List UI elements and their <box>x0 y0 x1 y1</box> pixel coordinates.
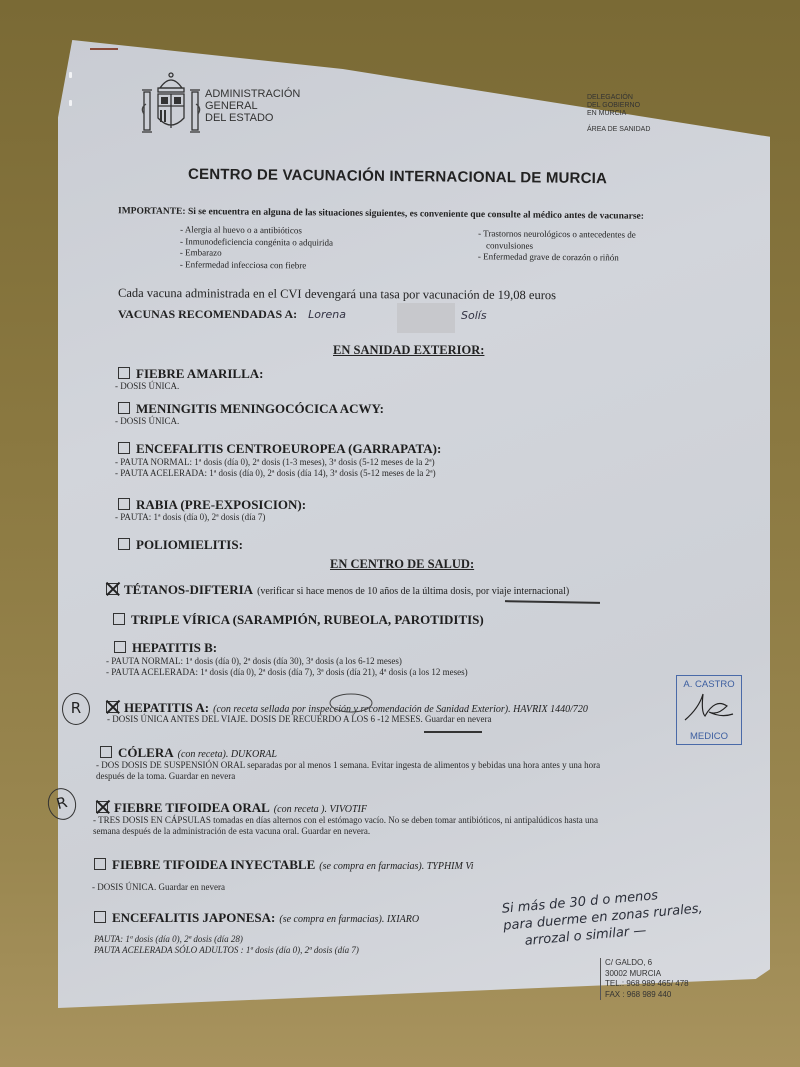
pen-circle-mark <box>328 692 374 714</box>
checked-box-icon[interactable] <box>106 583 118 595</box>
vaccine-item: POLIOMIELITIS: <box>118 537 243 553</box>
vaccine-note: (se compra en farmacias). IXIARO <box>279 914 419 925</box>
coat-of-arms-icon <box>138 70 204 138</box>
vaccine-item: FIEBRE TIFOIDEA INYECTABLE(se compra en … <box>94 857 474 873</box>
checkbox-icon[interactable] <box>94 911 106 923</box>
administration-header: ADMINISTRACIÓN GENERAL DEL ESTADO <box>205 88 300 124</box>
vaccine-name: ENCEFALITIS JAPONESA: <box>112 910 275 925</box>
vaccine-item: ENCEFALITIS CENTROEUROPEA (GARRAPATA): <box>118 441 441 457</box>
checkbox-icon[interactable] <box>100 746 112 758</box>
vaccine-details: - DOSIS ÚNICA. <box>115 381 179 392</box>
vaccine-item: TRIPLE VÍRICA (SARAMPIÓN, RUBEOLA, PAROT… <box>113 612 484 628</box>
handwritten-first-name: Lorena <box>308 308 346 321</box>
vaccine-details: - PAUTA NORMAL: 1ª dosis (día 0), 2ª dos… <box>115 457 436 478</box>
vaccine-item: MENINGITIS MENINGOCÓCICA ACWY: <box>118 401 384 417</box>
vaccine-item: HEPATITIS B: <box>114 640 217 656</box>
vaccine-details: - DOSIS ÚNICA ANTES DEL VIAJE. DOSIS DE … <box>107 714 491 725</box>
margin-r-mark: R <box>62 693 90 725</box>
margin-tick-mark <box>90 48 118 50</box>
vaccine-name: FIEBRE AMARILLA: <box>136 366 264 381</box>
checkbox-icon[interactable] <box>94 858 106 870</box>
conditions-right: - Trastornos neurológicos o antecedentes… <box>478 228 636 264</box>
vaccine-details: - DOSIS ÚNICA. Guardar en nevera <box>92 882 225 893</box>
vaccine-details: - PAUTA: 1ª dosis (día 0), 2ª dosis (día… <box>115 512 265 523</box>
doctor-stamp: A. CASTRO MEDICO <box>676 675 742 745</box>
vaccine-name: RABIA (PRE-EXPOSICION): <box>136 497 306 512</box>
vaccine-details: - DOS DOSIS DE SUSPENSIÓN ORAL separadas… <box>96 760 600 781</box>
vaccine-item: FIEBRE AMARILLA: <box>118 366 264 382</box>
vaccine-item: FIEBRE TIFOIDEA ORAL(con receta ). VIVOT… <box>96 800 367 816</box>
vaccine-name: POLIOMIELITIS: <box>136 537 243 552</box>
vaccine-note: (se compra en farmacias). TYPHIM Vi <box>319 861 473 872</box>
handwritten-last-name: Solís <box>461 309 487 322</box>
checkbox-icon[interactable] <box>118 442 130 454</box>
punch-hole <box>69 72 72 78</box>
vaccine-item: RABIA (PRE-EXPOSICION): <box>118 497 306 513</box>
vaccine-name: FIEBRE TIFOIDEA INYECTABLE <box>112 857 315 872</box>
recommended-to: VACUNAS RECOMENDADAS A: Lorena <box>118 307 346 322</box>
vaccine-item: TÉTANOS-DIFTERIA(verificar si hace menos… <box>106 582 569 598</box>
checkbox-icon[interactable] <box>118 402 130 414</box>
checkbox-icon[interactable] <box>114 641 126 653</box>
vaccine-details: PAUTA: 1ª dosis (día 0), 2ª dosis (día 2… <box>94 934 359 955</box>
conditions-left: - Alergia al huevo o a antibióticos - In… <box>180 224 333 271</box>
vaccine-name: CÓLERA <box>118 745 174 760</box>
vaccine-name: HEPATITIS B: <box>132 640 217 655</box>
checkbox-icon[interactable] <box>118 538 130 550</box>
delegation-header: DELEGACIÓN DEL GOBIERNO EN MURCIA ÁREA D… <box>587 94 650 134</box>
vaccine-note: (con receta). DUKORAL <box>178 749 277 760</box>
vaccine-details: - DOSIS ÚNICA. <box>115 416 179 427</box>
vaccine-name: TRIPLE VÍRICA (SARAMPIÓN, RUBEOLA, PAROT… <box>131 612 484 627</box>
vaccine-details: - TRES DOSIS EN CÁPSULAS tomadas en días… <box>93 815 598 836</box>
punch-hole <box>69 100 72 106</box>
fee-notice: Cada vacuna administrada en el CVI deven… <box>118 286 556 303</box>
section-centro-salud: EN CENTRO DE SALUD: <box>330 557 474 572</box>
checked-box-icon[interactable] <box>96 801 108 813</box>
vaccine-item: ENCEFALITIS JAPONESA:(se compra en farma… <box>94 910 419 926</box>
vaccine-name: HEPATITIS A: <box>124 700 209 715</box>
vaccine-name: FIEBRE TIFOIDEA ORAL <box>114 800 270 815</box>
section-exterior: EN SANIDAD EXTERIOR: <box>333 343 484 358</box>
signature-icon <box>681 690 737 726</box>
redacted-box <box>397 303 455 333</box>
vaccine-item: CÓLERA(con receta). DUKORAL <box>100 745 277 761</box>
vaccine-name: MENINGITIS MENINGOCÓCICA ACWY: <box>136 401 384 416</box>
checkbox-icon[interactable] <box>118 367 130 379</box>
checkbox-icon[interactable] <box>118 498 130 510</box>
vaccine-note: (verificar si hace menos de 10 años de l… <box>257 586 569 597</box>
vaccine-name: TÉTANOS-DIFTERIA <box>124 582 253 597</box>
vaccine-details: - PAUTA NORMAL: 1ª dosis (día 0), 2ª dos… <box>106 656 468 677</box>
vaccine-note: (con receta ). VIVOTIF <box>274 804 367 815</box>
address-block: C/ GALDO, 6 30002 MURCIA TEL.: 968 989 4… <box>600 958 689 1000</box>
pen-underline <box>424 731 482 733</box>
checkbox-icon[interactable] <box>113 613 125 625</box>
vaccine-name: ENCEFALITIS CENTROEUROPEA (GARRAPATA): <box>136 441 441 456</box>
checked-box-icon[interactable] <box>106 701 118 713</box>
